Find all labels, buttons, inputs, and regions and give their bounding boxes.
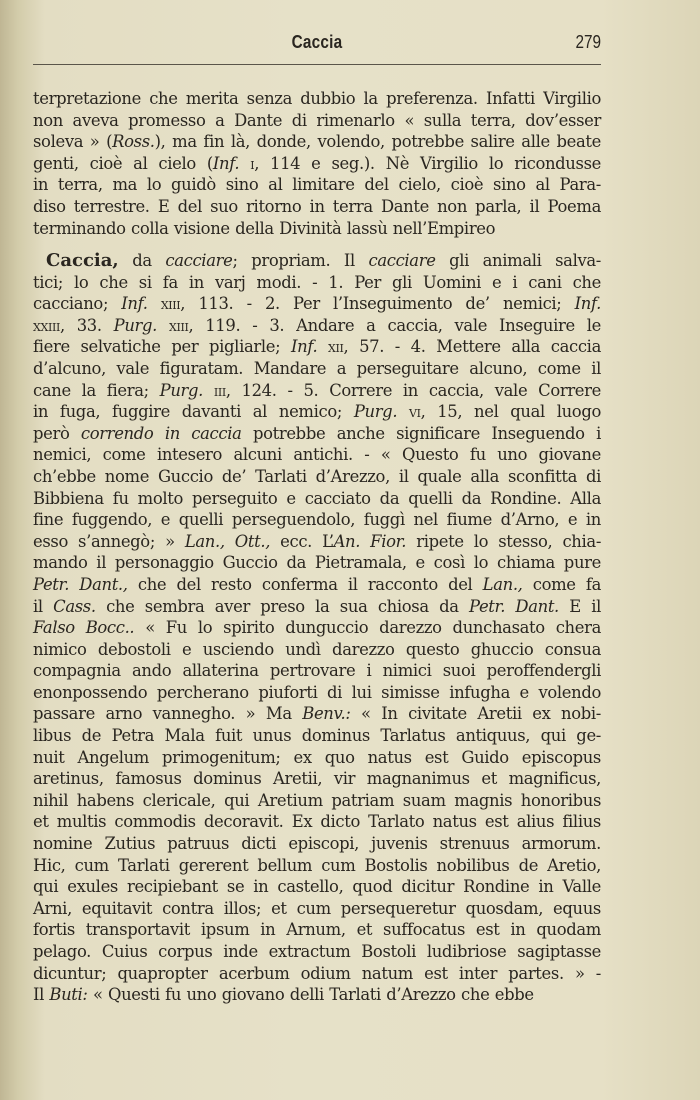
text-line: passare arno vannegho. » Ma Benv.: « In … xyxy=(33,703,601,725)
text-line: in terra, ma lo guidò sino al limitare d… xyxy=(33,174,601,196)
entry-lemma: Caccia, xyxy=(46,250,119,271)
text-line: Bibbiena fu molto perseguito e cacciato … xyxy=(33,488,601,510)
text-line: et multis commodis decoravit. Ex dicto T… xyxy=(33,811,601,833)
text-line: il Cass. che sembra aver preso la sua ch… xyxy=(33,596,601,618)
header-rule xyxy=(33,64,601,65)
text-line: enonpossendo percherano piuforti di lui … xyxy=(33,682,601,704)
text-line: compagnia ando allaterina pertrovare i n… xyxy=(33,660,601,682)
text-line: soleva » (Ross.), ma fin là, donde, vole… xyxy=(33,131,601,153)
text-line: nihil habens clericale, qui Aretium patr… xyxy=(33,790,601,812)
text-line: tici; lo che si fa in varj modi. - 1. Pe… xyxy=(33,272,601,294)
running-head: Caccia 279 xyxy=(33,32,601,58)
text-line: Il Buti: « Questi fu uno giovano delli T… xyxy=(33,984,601,1006)
text-line: cacciano; Inf. xiii, 113. - 2. Per l’Ins… xyxy=(33,293,601,315)
text-line: cane la fiera; Purg. iii, 124. - 5. Corr… xyxy=(33,380,601,402)
text-line: esso s’annegò; » Lan., Ott., ecc. L’An. … xyxy=(33,531,601,553)
text-line: fortis transportavit ipsum in Arnum, et … xyxy=(33,919,601,941)
continued-paragraph: terpretazione che merita senza dubbio la… xyxy=(33,88,601,239)
text-line: Hic, cum Tarlati gererent bellum cum Bos… xyxy=(33,855,601,877)
text-line: nomine Zutius patruus dicti episcopi, ju… xyxy=(33,833,601,855)
text-line: aretinus, famosus dominus Aretii, vir ma… xyxy=(33,768,601,790)
dictionary-entry-caccia: Caccia, da cacciare; propriam. Il caccia… xyxy=(33,250,601,1006)
text-line: xxiii, 33. Purg. xiii, 119. - 3. Andare … xyxy=(33,315,601,337)
text-line: ch’ebbe nome Guccio de’ Tarlati d’Arezzo… xyxy=(33,466,601,488)
text-line: terminando colla visione della Divinità … xyxy=(33,218,601,240)
text-line: Falso Bocc.. « Fu lo spirito dunguccio d… xyxy=(33,617,601,639)
text-line: genti, cioè al cielo (Inf. i, 114 e seg.… xyxy=(33,153,601,175)
text-line: terpretazione che merita senza dubbio la… xyxy=(33,88,601,110)
page-number: 279 xyxy=(575,32,601,53)
text-line: nemici, come intesero alcuni antichi. - … xyxy=(33,444,601,466)
text-line: Arni, equitavit contra illos; et cum per… xyxy=(33,898,601,920)
text-line: libus de Petra Mala fuit unus dominus Ta… xyxy=(33,725,601,747)
text-line: però correndo in caccia potrebbe anche s… xyxy=(33,423,601,445)
text-line: pelago. Cuius corpus inde extractum Bost… xyxy=(33,941,601,963)
text-line: Caccia, da cacciare; propriam. Il caccia… xyxy=(33,250,601,272)
text-line: diso terrestre. E del suo ritorno in ter… xyxy=(33,196,601,218)
running-head-title: Caccia xyxy=(76,32,559,53)
text-line: fiere selvatiche per pigliarle; Inf. xii… xyxy=(33,336,601,358)
text-line: non aveva promesso a Dante di rimenarlo … xyxy=(33,110,601,132)
text-line: Petr. Dant., che del resto conferma il r… xyxy=(33,574,601,596)
text-line: nimico debostoli e usciendo undì darezzo… xyxy=(33,639,601,661)
text-line: d’alcuno, vale figuratam. Mandare a pers… xyxy=(33,358,601,380)
text-line: fine fuggendo, e quelli perseguendolo, f… xyxy=(33,509,601,531)
text-line: mando il personaggio Guccio da Pietramal… xyxy=(33,552,601,574)
text-line: qui exules recipiebant se in castello, q… xyxy=(33,876,601,898)
text-line: in fuga, fuggire davanti al nemico; Purg… xyxy=(33,401,601,423)
text-line: dicuntur; quapropter acerbum odium natum… xyxy=(33,963,601,985)
text-line: nuit Angelum primogenitum; ex quo natus … xyxy=(33,747,601,769)
